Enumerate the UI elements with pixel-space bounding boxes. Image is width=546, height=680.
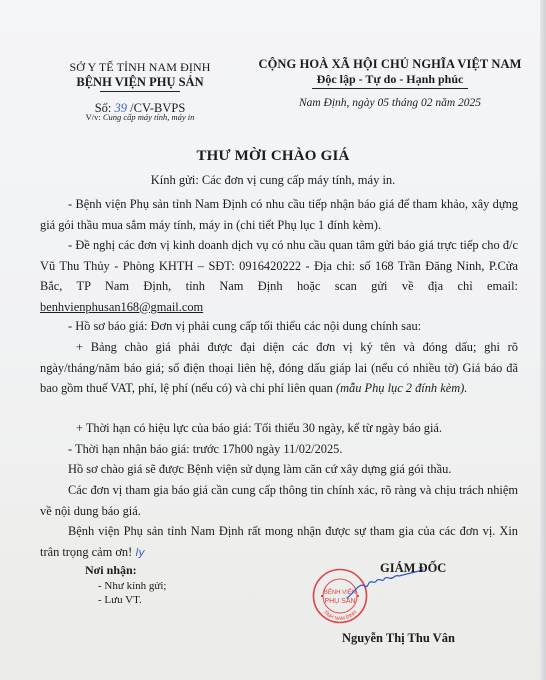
email-link[interactable]: benhvienphusan168@gmail.com <box>40 300 203 314</box>
paragraph-validity: + Thời hạn có hiệu lực của báo giá: Tối … <box>40 418 518 439</box>
recipient-line: Kính gửi: Các đơn vị cung cấp máy tính, … <box>0 173 546 188</box>
submission-text: - Đề nghị các đơn vị kinh doanh dịch vụ … <box>40 238 518 293</box>
document-subject: V/v: Cung cấp máy tính, máy in <box>40 112 240 122</box>
paragraph-usage: Hồ sơ chào giá sẽ được Bệnh viện sử dụng… <box>40 459 518 480</box>
recipients-block: Nơi nhận: - Như kính gửi; - Lưu VT. <box>85 563 166 606</box>
handwritten-initial: ly <box>135 546 145 559</box>
national-motto: Độc lập - Tự do - Hạnh phúc <box>240 72 540 87</box>
recipient-item: - Lưu VT. <box>98 594 166 606</box>
recipients-label: Nơi nhận: <box>85 563 166 578</box>
subject-label: V/v: <box>86 112 101 122</box>
place-date: Nam Định, ngày 05 tháng 02 năm 2025 <box>240 97 540 109</box>
subject-text: Cung cấp máy tính, máy in <box>103 112 195 122</box>
paragraph-closing: Bệnh viện Phụ sản tỉnh Nam Định rất mong… <box>40 521 518 563</box>
paragraph-accuracy: Các đơn vị tham gia báo giá cần cung cấp… <box>40 480 518 521</box>
paragraph-deadline: - Thời hạn nhận báo giá: trước 17h00 ngà… <box>40 439 518 460</box>
letter-page: SỞ Y TẾ TỈNH NAM ĐỊNH BỆNH VIỆN PHỤ SẢN … <box>0 0 546 680</box>
organization-underline <box>100 91 180 92</box>
document-title: THƯ MỜI CHÀO GIÁ <box>0 148 546 165</box>
page-edge <box>540 0 546 680</box>
closing-text: Bệnh viện Phụ sản tỉnh Nam Định rất mong… <box>40 524 518 559</box>
nation-name: CỘNG HOÀ XÃ HỘI CHỦ NGHĨA VIỆT NAM <box>240 57 540 72</box>
issuer-header: SỞ Y TẾ TỈNH NAM ĐỊNH BỆNH VIỆN PHỤ SẢN <box>40 60 240 92</box>
paragraph-quote-form: + Bảng chào giá phải được đại diện các đ… <box>40 337 518 399</box>
department-name: SỞ Y TẾ TỈNH NAM ĐỊNH <box>40 60 240 75</box>
motto-underline <box>312 88 468 89</box>
paragraph-purpose: - Bệnh viện Phụ sản tỉnh Nam Định có nhu… <box>40 194 518 235</box>
recipient-item: - Như kính gửi; <box>98 580 166 592</box>
organization-name: BỆNH VIỆN PHỤ SẢN <box>40 75 240 90</box>
paragraph-submission: - Đề nghị các đơn vị kinh doanh dịch vụ … <box>40 235 518 317</box>
signer-position: GIÁM ĐỐC <box>380 561 446 576</box>
signer-name: Nguyễn Thị Thu Vân <box>342 631 455 646</box>
appendix-note: (mẫu Phụ lục 2 đính kèm). <box>336 381 467 395</box>
paragraph-requirements: - Hồ sơ báo giá: Đơn vị phải cung cấp tố… <box>40 316 518 337</box>
national-header: CỘNG HOÀ XÃ HỘI CHỦ NGHĨA VIỆT NAM Độc l… <box>240 57 540 89</box>
